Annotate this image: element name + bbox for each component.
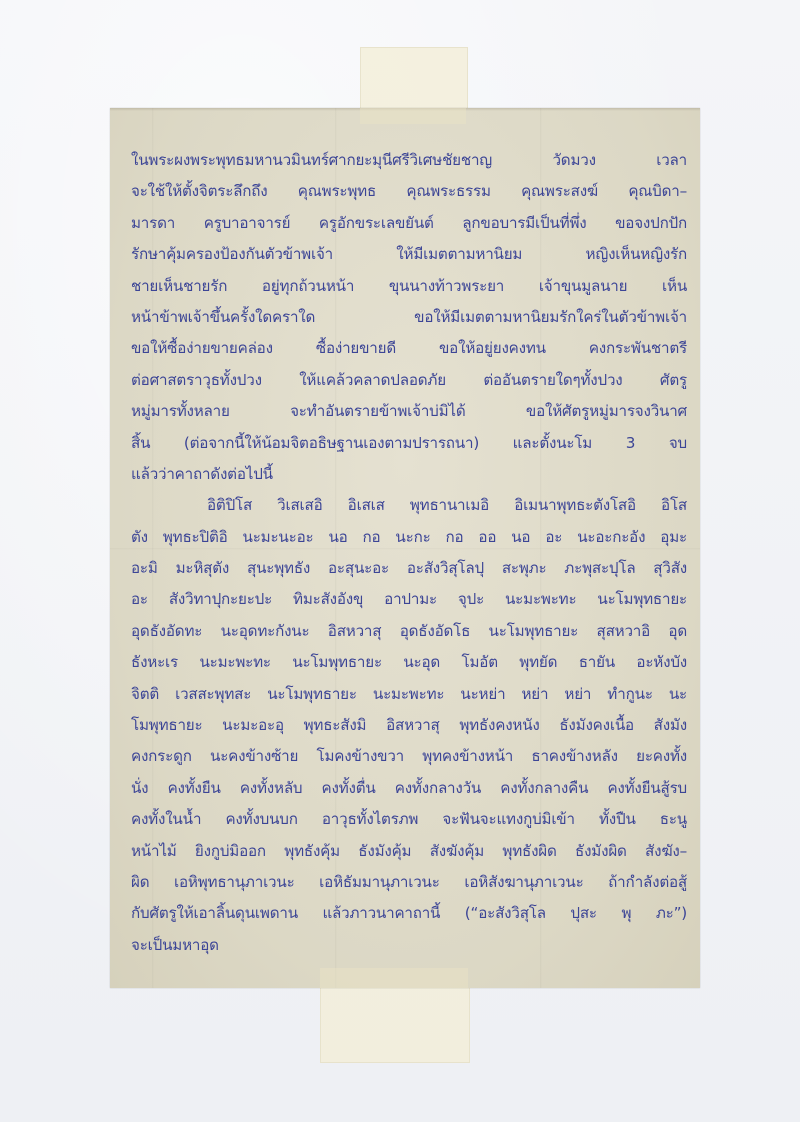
katha-line: โมพุทธายะ นะมะอะอุ พุทธะสังมิ อิสหวาสุ พ… <box>131 710 687 741</box>
katha-line: ตัง พุทธะปิติอิ นะมะนะอะ นอ กอ นะกะ กอ อ… <box>131 522 687 553</box>
text-line: สิ้น (ต่อจากนี้ให้น้อมจิตอธิษฐานเองตามปร… <box>131 428 687 459</box>
text-line: จะใช้ให้ตั้งจิตระลึกถึง คุณพระพุทธ คุณพร… <box>131 176 687 207</box>
text-line: หมู่มารทั้งหลาย จะทำอันตรายข้าพเจ้าบ่มิไ… <box>131 396 687 427</box>
text-line: ในพระผงพระพุทธมหานวมินทร์ศากยะมุนีศรีวิเ… <box>131 145 687 176</box>
katha-line: จิตติ เวสสะพุทสะ นะโมพุทธายะ นะมะพะทะ นะ… <box>131 679 687 710</box>
katha-line: นั่ง คงทั้งยืน คงทั้งหลับ คงทั้งตื่น คงท… <box>131 773 687 804</box>
katha-last-line: จะเป็นมหาอุด <box>131 930 687 961</box>
text-line: หน้าข้าพเจ้าขึ้นครั้งใดคราใด ขอให้มีเมตต… <box>131 302 687 333</box>
aged-paper-document: ในพระผงพระพุทธมหานวมินทร์ศากยะมุนีศรีวิเ… <box>110 108 700 988</box>
tape-overlay-bottom <box>320 968 468 988</box>
katha-line: คงกระดูก นะคงข้างซ้าย โมคงข้างขวา พุทคงข… <box>131 741 687 772</box>
text-line: มารดา ครูบาอาจารย์ ครูอักขระเลขยันต์ ลูก… <box>131 208 687 239</box>
katha-line: อะมิ มะหิสุตัง สุนะพุทธัง อะสุนะอะ อะสัง… <box>131 553 687 584</box>
katha-line: คงทั้งในน้ำ คงทั้งบนบก อาวุธทั้งไตรภพ จะ… <box>131 804 687 835</box>
tape-overlay-top <box>360 108 466 124</box>
prayer-text-block: ในพระผงพระพุทธมหานวมินทร์ศากยะมุนีศรีวิเ… <box>131 145 687 961</box>
text-line: รักษาคุ้มครองป้องกันตัวข้าพเจ้า ให้มีเมต… <box>131 239 687 270</box>
katha-line: ผิด เอหิพุทธานุภาเวนะ เอหิธัมมานุภาเวนะ … <box>131 867 687 898</box>
text-line: ต่อศาสตราวุธทั้งปวง ให้แคล้วคลาดปลอดภัย … <box>131 365 687 396</box>
katha-line: อุดธังอัดทะ นะอุดทะกังนะ อิสหวาสุ อุดธัง… <box>131 616 687 647</box>
text-line: ชายเห็นชายรัก อยู่ทุกถ้วนหน้า ขุนนางท้าว… <box>131 271 687 302</box>
text-line: ขอให้ซื้อง่ายขายคล่อง ซื้อง่ายขายดี ขอให… <box>131 333 687 364</box>
katha-line: ธังหะเร นะมะพะทะ นะโมพุทธายะ นะอุด โมอัต… <box>131 647 687 678</box>
katha-line: กับศัตรูให้เอาลิ้นดุนเพดาน แล้วภาวนาคาถา… <box>131 898 687 929</box>
katha-first-line: อิติปิโส วิเสเสอิ อิเสเส พุทธานาเมอิ อิเ… <box>131 490 687 521</box>
katha-line: หน้าไม้ ยิงกูบ่มิออก พุทธังคุ้ม ธังมังคุ… <box>131 836 687 867</box>
text-line: แล้วว่าคาถาดังต่อไปนี้ <box>131 459 687 490</box>
katha-line: อะ สังวิทาปุกะยะปะ ทิมะสังอังขุ อาปามะ จ… <box>131 584 687 615</box>
